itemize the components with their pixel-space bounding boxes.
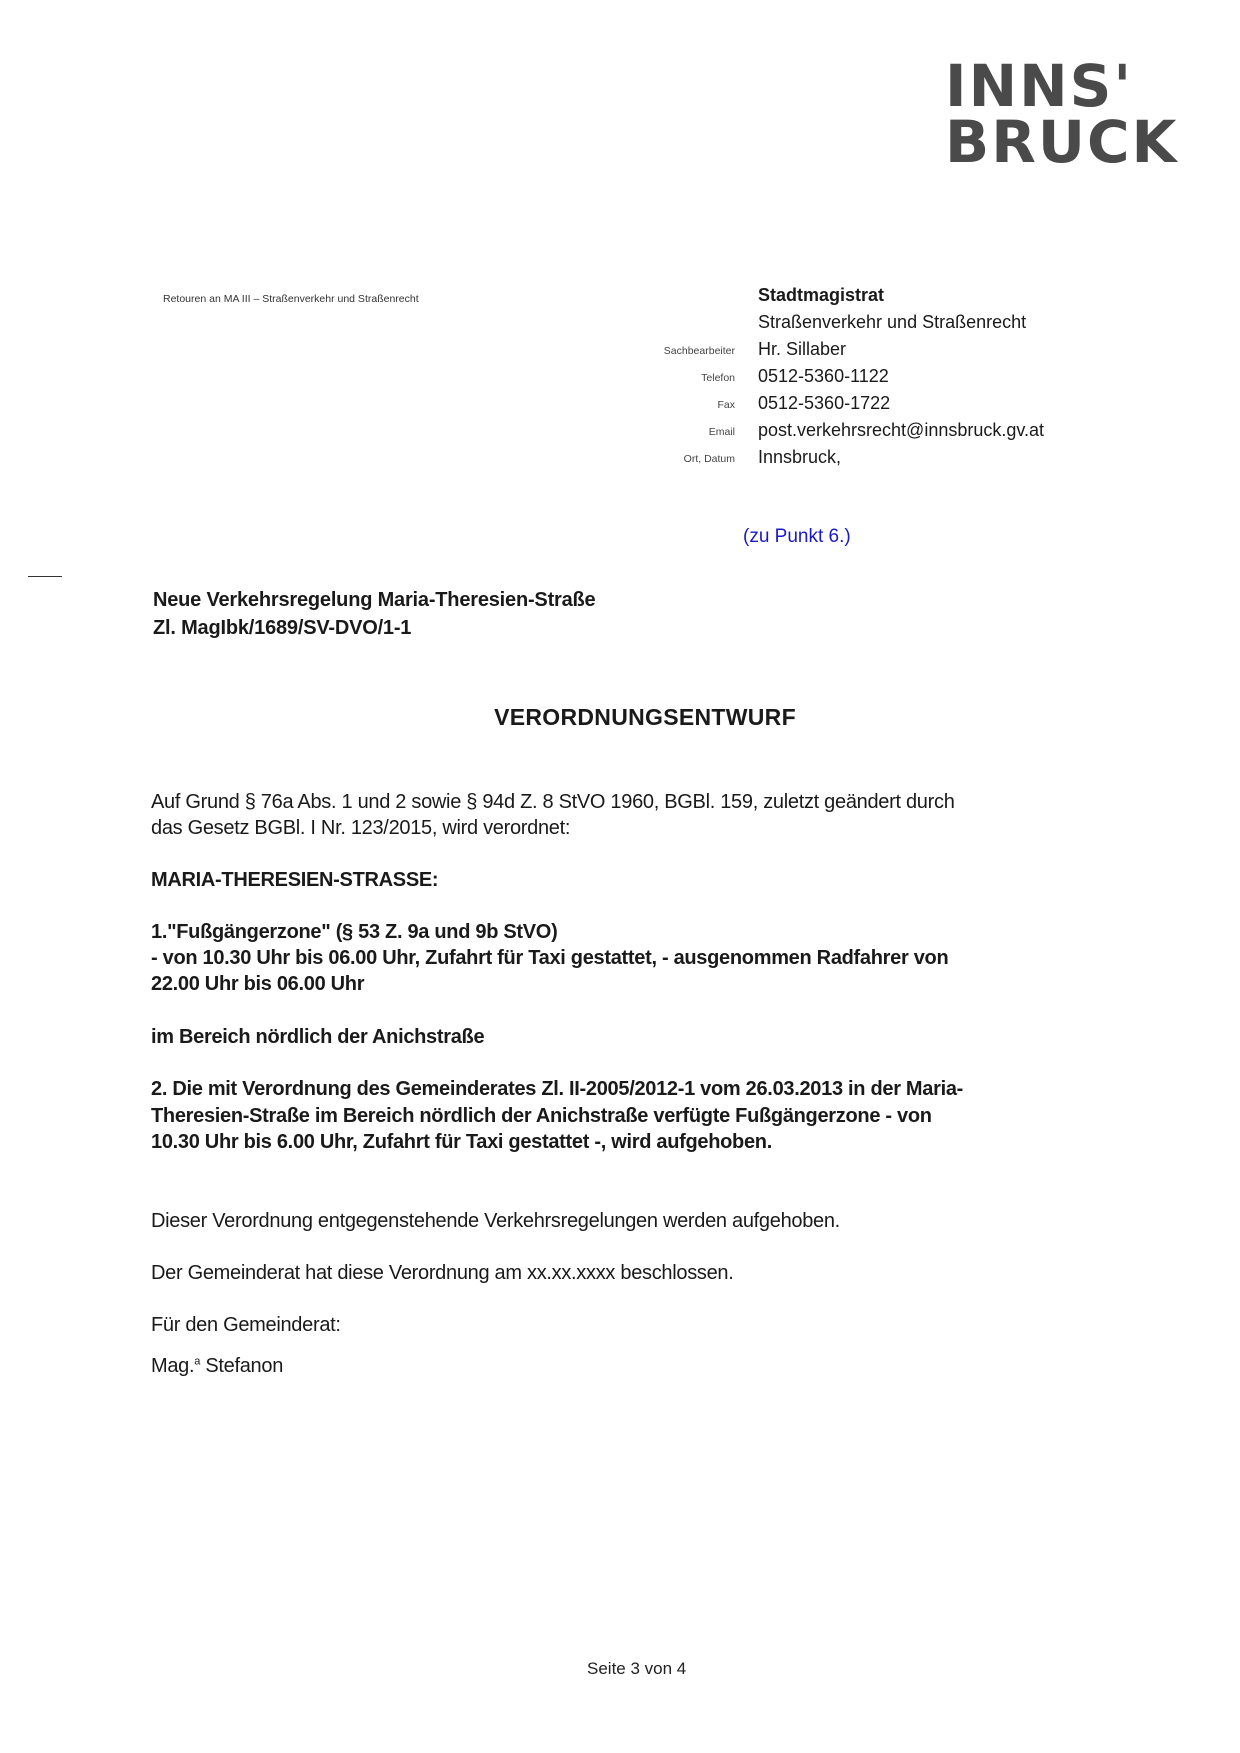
item1-line-1: 1."Fußgängerzone" (§ 53 Z. 9a und 9b StV… (151, 921, 557, 944)
sender-department: Straßenverkehr und Straßenrecht (758, 312, 1026, 333)
agenda-point-annotation: (zu Punkt 6.) (743, 526, 851, 548)
subject-title: Neue Verkehrsregelung Maria-Theresien-St… (153, 589, 595, 612)
signatory-prefix: Mag. (151, 1355, 194, 1377)
contact-label-email: Email (709, 426, 735, 438)
logo-line-1: INNS' (945, 58, 1185, 114)
fold-mark (28, 576, 62, 577)
signatory: Mag.a Stefanon (151, 1355, 283, 1378)
preamble-line-2: das Gesetz BGBl. I Nr. 123/2015, wird ve… (151, 817, 570, 840)
contact-label-place-date: Ort, Datum (684, 453, 735, 465)
item2-line-2: Theresien-Straße im Bereich nördlich der… (151, 1105, 932, 1128)
item2-line-1: 2. Die mit Verordnung des Gemeinderates … (151, 1078, 963, 1101)
contact-value-place-date: Innsbruck, (758, 447, 841, 468)
contact-value-fax: 0512-5360-1722 (758, 393, 890, 414)
signatory-name: Stefanon (200, 1355, 283, 1377)
item2-line-3: 10.30 Uhr bis 6.00 Uhr, Zufahrt für Taxi… (151, 1131, 772, 1154)
signatory-intro: Für den Gemeinderat: (151, 1314, 341, 1337)
document-heading: VERORDNUNGSENTWURF (0, 704, 1240, 731)
contact-value-email[interactable]: post.verkehrsrecht@innsbruck.gv.at (758, 420, 1044, 441)
return-address: Retouren an MA III – Straßenverkehr und … (163, 293, 419, 305)
item1-area: im Bereich nördlich der Anichstraße (151, 1026, 484, 1049)
item1-line-3: 22.00 Uhr bis 06.00 Uhr (151, 973, 364, 996)
preamble-line-1: Auf Grund § 76a Abs. 1 und 2 sowie § 94d… (151, 791, 955, 814)
innsbruck-logo: INNS' BRUCK (945, 58, 1185, 170)
contact-label-phone: Telefon (701, 372, 735, 384)
contact-label-fax: Fax (717, 399, 735, 411)
contact-value-phone: 0512-5360-1122 (758, 366, 889, 387)
contact-value-clerk: Hr. Sillaber (758, 339, 846, 360)
contact-label-clerk: Sachbearbeiter (664, 345, 735, 357)
sender-office: Stadtmagistrat (758, 285, 884, 306)
repeal-clause: Dieser Verordnung entgegenstehende Verke… (151, 1210, 840, 1233)
item1-line-2: - von 10.30 Uhr bis 06.00 Uhr, Zufahrt f… (151, 947, 948, 970)
street-heading: MARIA-THERESIEN-STRASSE: (151, 869, 438, 892)
resolution-clause: Der Gemeinderat hat diese Verordnung am … (151, 1262, 734, 1285)
logo-line-2: BRUCK (945, 114, 1185, 170)
page-number: Seite 3 von 4 (587, 1659, 686, 1679)
subject-reference: Zl. MagIbk/1689/SV-DVO/1-1 (153, 617, 411, 640)
